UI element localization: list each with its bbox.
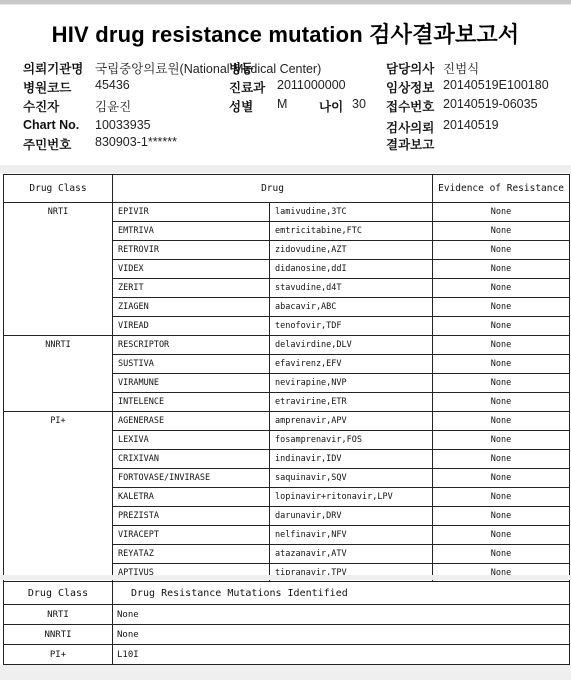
generic-name-cell: atazanavir,ATV bbox=[270, 545, 433, 564]
brand-name-cell: VIRAMUNE bbox=[113, 374, 270, 393]
evidence-cell: None bbox=[433, 507, 570, 526]
header-mutations: Drug Resistance Mutations Identified bbox=[113, 582, 570, 605]
brand-name-cell: REYATAZ bbox=[113, 545, 270, 564]
brand-name-cell: RESCRIPTOR bbox=[113, 336, 270, 355]
generic-name-cell: etravirine,ETR bbox=[270, 393, 433, 412]
mutations-cell: None bbox=[113, 625, 570, 645]
section-separator bbox=[0, 165, 571, 173]
institution-value: 국립중앙의료원(National Medical Center) bbox=[95, 59, 321, 77]
age-value: 30 bbox=[352, 97, 366, 111]
generic-name-cell: amprenavir,APV bbox=[270, 412, 433, 431]
chart-no-label: Chart No. bbox=[23, 118, 79, 132]
brand-name-cell: VIRACEPT bbox=[113, 526, 270, 545]
test-request-value: 20140519 bbox=[443, 118, 499, 132]
generic-name-cell: abacavir,ABC bbox=[270, 298, 433, 317]
table-row: NRTIEPIVIRlamivudine,3TCNone bbox=[4, 203, 570, 222]
evidence-cell: None bbox=[433, 298, 570, 317]
hospital-code-value: 45436 bbox=[95, 78, 130, 92]
header-drug: Drug bbox=[113, 175, 433, 203]
table-header-row: Drug Class Drug Resistance Mutations Ide… bbox=[4, 582, 570, 605]
physician-label: 담당의사 bbox=[386, 59, 434, 77]
physician-value: 진범식 bbox=[443, 59, 479, 77]
table-row: NNRTINone bbox=[4, 625, 570, 645]
generic-name-cell: efavirenz,EFV bbox=[270, 355, 433, 374]
brand-name-cell: INTELENCE bbox=[113, 393, 270, 412]
generic-name-cell: nelfinavir,NFV bbox=[270, 526, 433, 545]
generic-name-cell: fosamprenavir,FOS bbox=[270, 431, 433, 450]
generic-name-cell: tenofovir,TDF bbox=[270, 317, 433, 336]
chart-no-value: 10033935 bbox=[95, 118, 151, 132]
header-evidence: Evidence of Resistance bbox=[433, 175, 570, 203]
generic-name-cell: lopinavir+ritonavir,LPV bbox=[270, 488, 433, 507]
brand-name-cell: VIREAD bbox=[113, 317, 270, 336]
receipt-no-value: 20140519-06035 bbox=[443, 97, 538, 111]
generic-name-cell: zidovudine,AZT bbox=[270, 241, 433, 260]
brand-name-cell: ZIAGEN bbox=[113, 298, 270, 317]
sex-label: 성별 bbox=[229, 97, 253, 115]
generic-name-cell: emtricitabine,FTC bbox=[270, 222, 433, 241]
brand-name-cell: EMTRIVA bbox=[113, 222, 270, 241]
brand-name-cell: KALETRA bbox=[113, 488, 270, 507]
evidence-cell: None bbox=[433, 260, 570, 279]
evidence-cell: None bbox=[433, 317, 570, 336]
brand-name-cell: VIDEX bbox=[113, 260, 270, 279]
table-row: NRTINone bbox=[4, 605, 570, 625]
generic-name-cell: darunavir,DRV bbox=[270, 507, 433, 526]
mutations-cell: L10I bbox=[113, 645, 570, 665]
drug-resistance-table: Drug Class Drug Evidence of Resistance N… bbox=[3, 174, 570, 583]
brand-name-cell: EPIVIR bbox=[113, 203, 270, 222]
mutation-table: Drug Class Drug Resistance Mutations Ide… bbox=[3, 581, 570, 665]
result-report-label: 결과보고 bbox=[386, 135, 434, 153]
table-row: NNRTIRESCRIPTORdelavirdine,DLVNone bbox=[4, 336, 570, 355]
evidence-cell: None bbox=[433, 526, 570, 545]
brand-name-cell: CRIXIVAN bbox=[113, 450, 270, 469]
header-drug-class: Drug Class bbox=[4, 582, 113, 605]
generic-name-cell: stavudine,d4T bbox=[270, 279, 433, 298]
brand-name-cell: ZERIT bbox=[113, 279, 270, 298]
brand-name-cell: PREZISTA bbox=[113, 507, 270, 526]
drug-class-cell: NNRTI bbox=[4, 625, 113, 645]
evidence-cell: None bbox=[433, 355, 570, 374]
section-separator bbox=[0, 575, 571, 580]
brand-name-cell: SUSTIVA bbox=[113, 355, 270, 374]
evidence-cell: None bbox=[433, 279, 570, 298]
generic-name-cell: delavirdine,DLV bbox=[270, 336, 433, 355]
generic-name-cell: lamivudine,3TC bbox=[270, 203, 433, 222]
drug-class-cell: NRTI bbox=[4, 605, 113, 625]
resident-no-label: 주민번호 bbox=[23, 135, 71, 153]
generic-name-cell: didanosine,ddI bbox=[270, 260, 433, 279]
header-drug-class: Drug Class bbox=[4, 175, 113, 203]
evidence-cell: None bbox=[433, 374, 570, 393]
bottom-margin bbox=[0, 665, 571, 680]
test-request-label: 검사의뢰 bbox=[386, 118, 434, 136]
age-label: 나이 bbox=[319, 97, 343, 115]
hospital-code-label: 병원코드 bbox=[23, 78, 71, 96]
patient-name-value: 김윤진 bbox=[95, 97, 131, 115]
evidence-cell: None bbox=[433, 431, 570, 450]
mutations-cell: None bbox=[113, 605, 570, 625]
clinical-info-label: 임상정보 bbox=[386, 78, 434, 96]
brand-name-cell: LEXIVA bbox=[113, 431, 270, 450]
drug-class-cell: NNRTI bbox=[4, 336, 113, 412]
brand-name-cell: AGENERASE bbox=[113, 412, 270, 431]
resident-no-value: 830903-1****** bbox=[95, 135, 177, 149]
table-row: PI+AGENERASEamprenavir,APVNone bbox=[4, 412, 570, 431]
evidence-cell: None bbox=[433, 545, 570, 564]
patient-name-label: 수진자 bbox=[23, 97, 59, 115]
clinical-info-value: 20140519E100180 bbox=[443, 78, 549, 92]
evidence-cell: None bbox=[433, 336, 570, 355]
evidence-cell: None bbox=[433, 241, 570, 260]
table-header-row: Drug Class Drug Evidence of Resistance bbox=[4, 175, 570, 203]
generic-name-cell: nevirapine,NVP bbox=[270, 374, 433, 393]
evidence-cell: None bbox=[433, 222, 570, 241]
department-value: 2011000000 bbox=[277, 78, 346, 92]
sex-value: M bbox=[277, 97, 287, 111]
generic-name-cell: indinavir,IDV bbox=[270, 450, 433, 469]
ward-label: 병동 bbox=[229, 59, 253, 77]
patient-info: 의뢰기관명 국립중앙의료원(National Medical Center) 병… bbox=[0, 0, 571, 160]
evidence-cell: None bbox=[433, 412, 570, 431]
generic-name-cell: saquinavir,SQV bbox=[270, 469, 433, 488]
table-row: PI+L10I bbox=[4, 645, 570, 665]
evidence-cell: None bbox=[433, 393, 570, 412]
department-label: 진료과 bbox=[229, 78, 265, 96]
evidence-cell: None bbox=[433, 203, 570, 222]
brand-name-cell: RETROVIR bbox=[113, 241, 270, 260]
drug-class-cell: PI+ bbox=[4, 412, 113, 583]
evidence-cell: None bbox=[433, 450, 570, 469]
institution-label: 의뢰기관명 bbox=[23, 59, 83, 77]
receipt-no-label: 접수번호 bbox=[386, 97, 434, 115]
evidence-cell: None bbox=[433, 488, 570, 507]
evidence-cell: None bbox=[433, 469, 570, 488]
drug-class-cell: NRTI bbox=[4, 203, 113, 336]
brand-name-cell: FORTOVASE/INVIRASE bbox=[113, 469, 270, 488]
drug-class-cell: PI+ bbox=[4, 645, 113, 665]
